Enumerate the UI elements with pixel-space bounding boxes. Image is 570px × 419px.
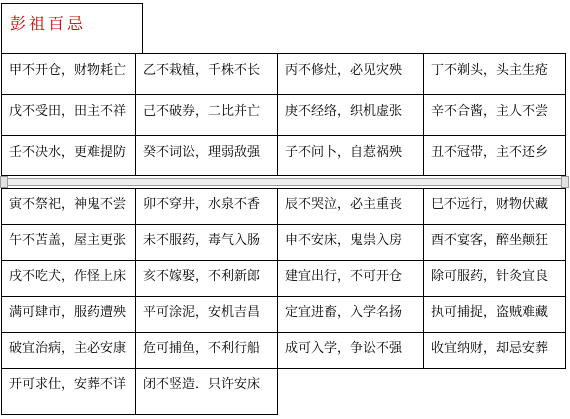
taboo-cell: 卯不穿井，水泉不香 xyxy=(136,189,278,225)
table-row: 午不苫盖，屋主更张 未不服药，毒气入肠 申不安床，鬼祟入房 酉不宴客，醉坐颠狂 xyxy=(2,225,566,261)
taboo-cell: 戊不受田，田主不祥 xyxy=(2,95,136,136)
taboo-cell: 危可捕鱼，不利行船 xyxy=(136,333,278,369)
taboo-cell: 满可肆市，服药遭殃 xyxy=(2,297,136,333)
taboo-cell: 巳不远行，财物伏藏 xyxy=(424,189,566,225)
table-row: 满可肆市，服药遭殃 平可涂泥，安机吉昌 定宜进畜，入学名扬 执可捕捉，盗贼难藏 xyxy=(2,297,566,333)
table-row: 甲不开仓，财物耗亡 乙不栽植，千株不长 丙不修灶，必见灾殃 丁不剃头，头主生疮 xyxy=(2,54,566,95)
taboo-cell: 辰不哭泣，必主重丧 xyxy=(278,189,424,225)
taboo-cell: 平可涂泥，安机吉昌 xyxy=(136,297,278,333)
branches-taboo-table: 寅不祭祀，神鬼不尝 卯不穿井，水泉不香 辰不哭泣，必主重丧 巳不远行，财物伏藏 … xyxy=(1,188,566,415)
title-cell: 彭祖百忌 xyxy=(1,3,143,54)
taboo-cell: 闭不竖造．只许安床 xyxy=(136,369,278,415)
taboo-cell: 破宜治病，主必安康 xyxy=(2,333,136,369)
taboo-cell: 亥不嫁娶，不利新郎 xyxy=(136,261,278,297)
stems-taboo-table: 甲不开仓，财物耗亡 乙不栽植，千株不长 丙不修灶，必见灾殃 丁不剃头，头主生疮 … xyxy=(1,53,566,176)
taboo-cell: 酉不宴客，醉坐颠狂 xyxy=(424,225,566,261)
taboo-cell: 未不服药，毒气入肠 xyxy=(136,225,278,261)
taboo-cell: 执可捕捉，盗贼难藏 xyxy=(424,297,566,333)
taboo-cell: 辛不合酱，主人不尝 xyxy=(424,95,566,136)
table-row: 寅不祭祀，神鬼不尝 卯不穿井，水泉不香 辰不哭泣，必主重丧 巳不远行，财物伏藏 xyxy=(2,189,566,225)
taboo-cell: 庚不经络，织机虚张 xyxy=(278,95,424,136)
page-title: 彭祖百忌 xyxy=(2,4,142,34)
horizontal-scrollbar[interactable] xyxy=(0,178,569,186)
table-row: 壬不决水，更难提防 癸不词讼，理弱敌强 子不问卜，自惹祸殃 丑不冠带，主不还乡 xyxy=(2,136,566,176)
table-row: 开可求仕，安葬不详 闭不竖造．只许安床 xyxy=(2,369,566,415)
page: 彭祖百忌 甲不开仓，财物耗亡 乙不栽植，千株不长 丙不修灶，必见灾殃 丁不剃头，… xyxy=(0,0,570,419)
taboo-cell: 定宜进畜，入学名扬 xyxy=(278,297,424,333)
taboo-cell: 开可求仕，安葬不详 xyxy=(2,369,136,415)
taboo-cell: 成可入学，争讼不强 xyxy=(278,333,424,369)
table-row: 戌不吃犬，作怪上床 亥不嫁娶，不利新郎 建宜出行，不可开仓 除可服药，针灸宜良 xyxy=(2,261,566,297)
taboo-cell: 丙不修灶，必见灾殃 xyxy=(278,54,424,95)
scrollbar-right-cap[interactable] xyxy=(561,176,569,188)
taboo-cell: 己不破券，二比并亡 xyxy=(136,95,278,136)
taboo-cell: 壬不决水，更难提防 xyxy=(2,136,136,176)
table-row: 破宜治病，主必安康 危可捕鱼，不利行船 成可入学，争讼不强 收宜纳财，却忌安葬 xyxy=(2,333,566,369)
taboo-cell: 癸不词讼，理弱敌强 xyxy=(136,136,278,176)
taboo-cell: 除可服药，针灸宜良 xyxy=(424,261,566,297)
taboo-cell: 丑不冠带，主不还乡 xyxy=(424,136,566,176)
taboo-cell: 戌不吃犬，作怪上床 xyxy=(2,261,136,297)
taboo-cell: 收宜纳财，却忌安葬 xyxy=(424,333,566,369)
taboo-cell: 建宜出行，不可开仓 xyxy=(278,261,424,297)
taboo-cell: 寅不祭祀，神鬼不尝 xyxy=(2,189,136,225)
taboo-cell: 申不安床，鬼祟入房 xyxy=(278,225,424,261)
taboo-cell: 午不苫盖，屋主更张 xyxy=(2,225,136,261)
taboo-cell: 甲不开仓，财物耗亡 xyxy=(2,54,136,95)
taboo-cell: 丁不剃头，头主生疮 xyxy=(424,54,566,95)
table-row: 戊不受田，田主不祥 己不破券，二比并亡 庚不经络，织机虚张 辛不合酱，主人不尝 xyxy=(2,95,566,136)
scrollbar-left-cap[interactable] xyxy=(0,176,8,188)
taboo-cell: 乙不栽植，千株不长 xyxy=(136,54,278,95)
taboo-cell: 子不问卜，自惹祸殃 xyxy=(278,136,424,176)
